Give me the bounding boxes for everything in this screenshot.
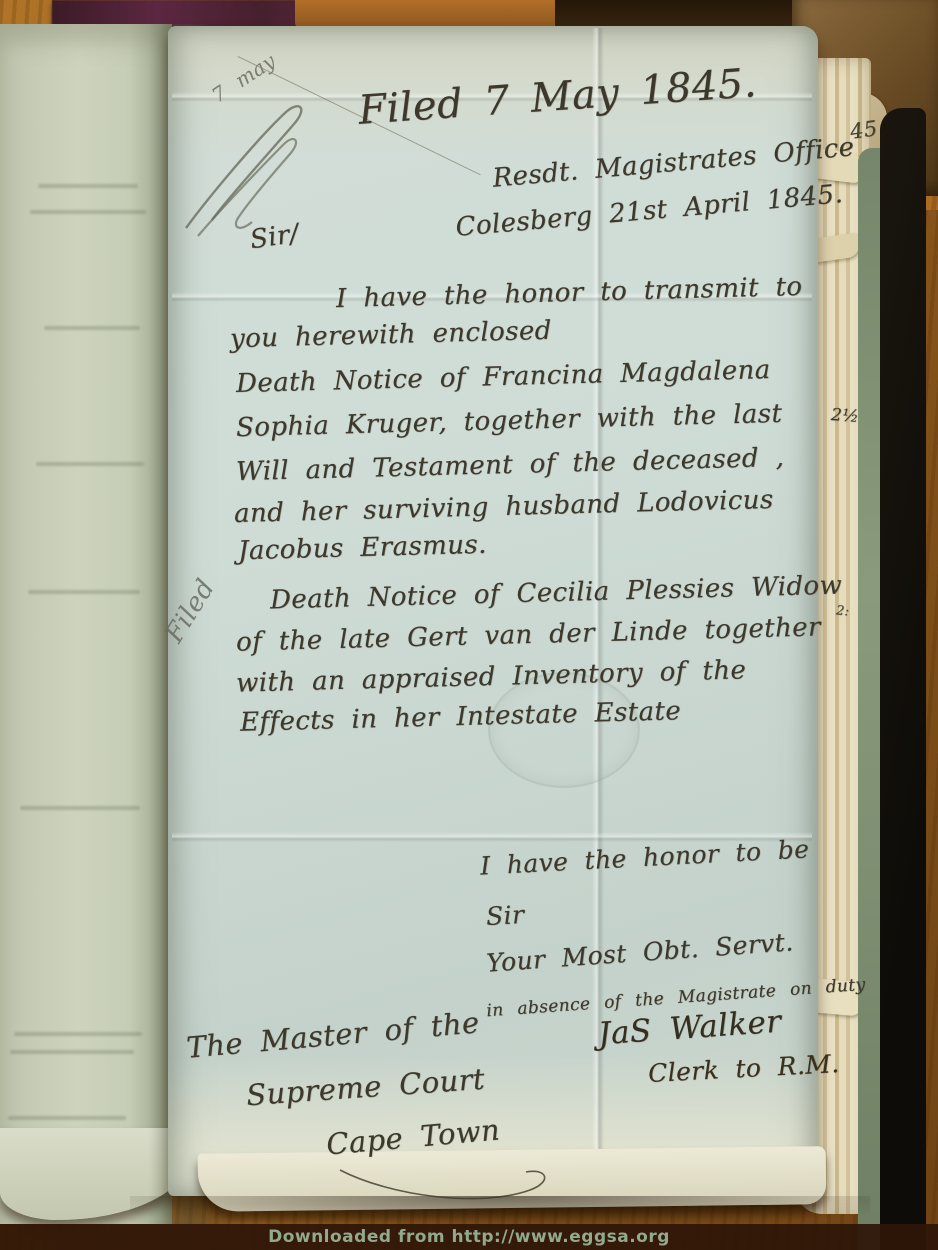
book-cover-black xyxy=(880,108,926,1250)
faint-print-line xyxy=(14,1032,142,1036)
faint-print-line xyxy=(20,806,140,810)
faint-print-line xyxy=(36,462,144,466)
pencil-scrawl xyxy=(168,78,348,248)
faint-print-line xyxy=(8,1116,126,1120)
facing-page xyxy=(0,24,172,1224)
watermark-band: Downloaded from http://www.eggsa.org xyxy=(0,1224,938,1250)
faint-print-line xyxy=(10,1050,134,1054)
faint-print-line xyxy=(28,590,140,594)
faint-print-line xyxy=(30,210,146,214)
edge-fragment: 2: xyxy=(835,603,850,619)
page-number: 45 xyxy=(848,116,879,144)
edge-fragment: 2½ xyxy=(830,405,859,427)
ink-flourish xyxy=(330,1150,570,1220)
closing-line: Sir xyxy=(485,900,525,931)
watermark-text: Downloaded from http://www.eggsa.org xyxy=(268,1227,670,1247)
document-photo: Filed 7 May 1845. Resdt. Magistrates Off… xyxy=(0,0,938,1250)
faint-print-line xyxy=(38,184,138,188)
faint-print-line xyxy=(44,326,140,330)
